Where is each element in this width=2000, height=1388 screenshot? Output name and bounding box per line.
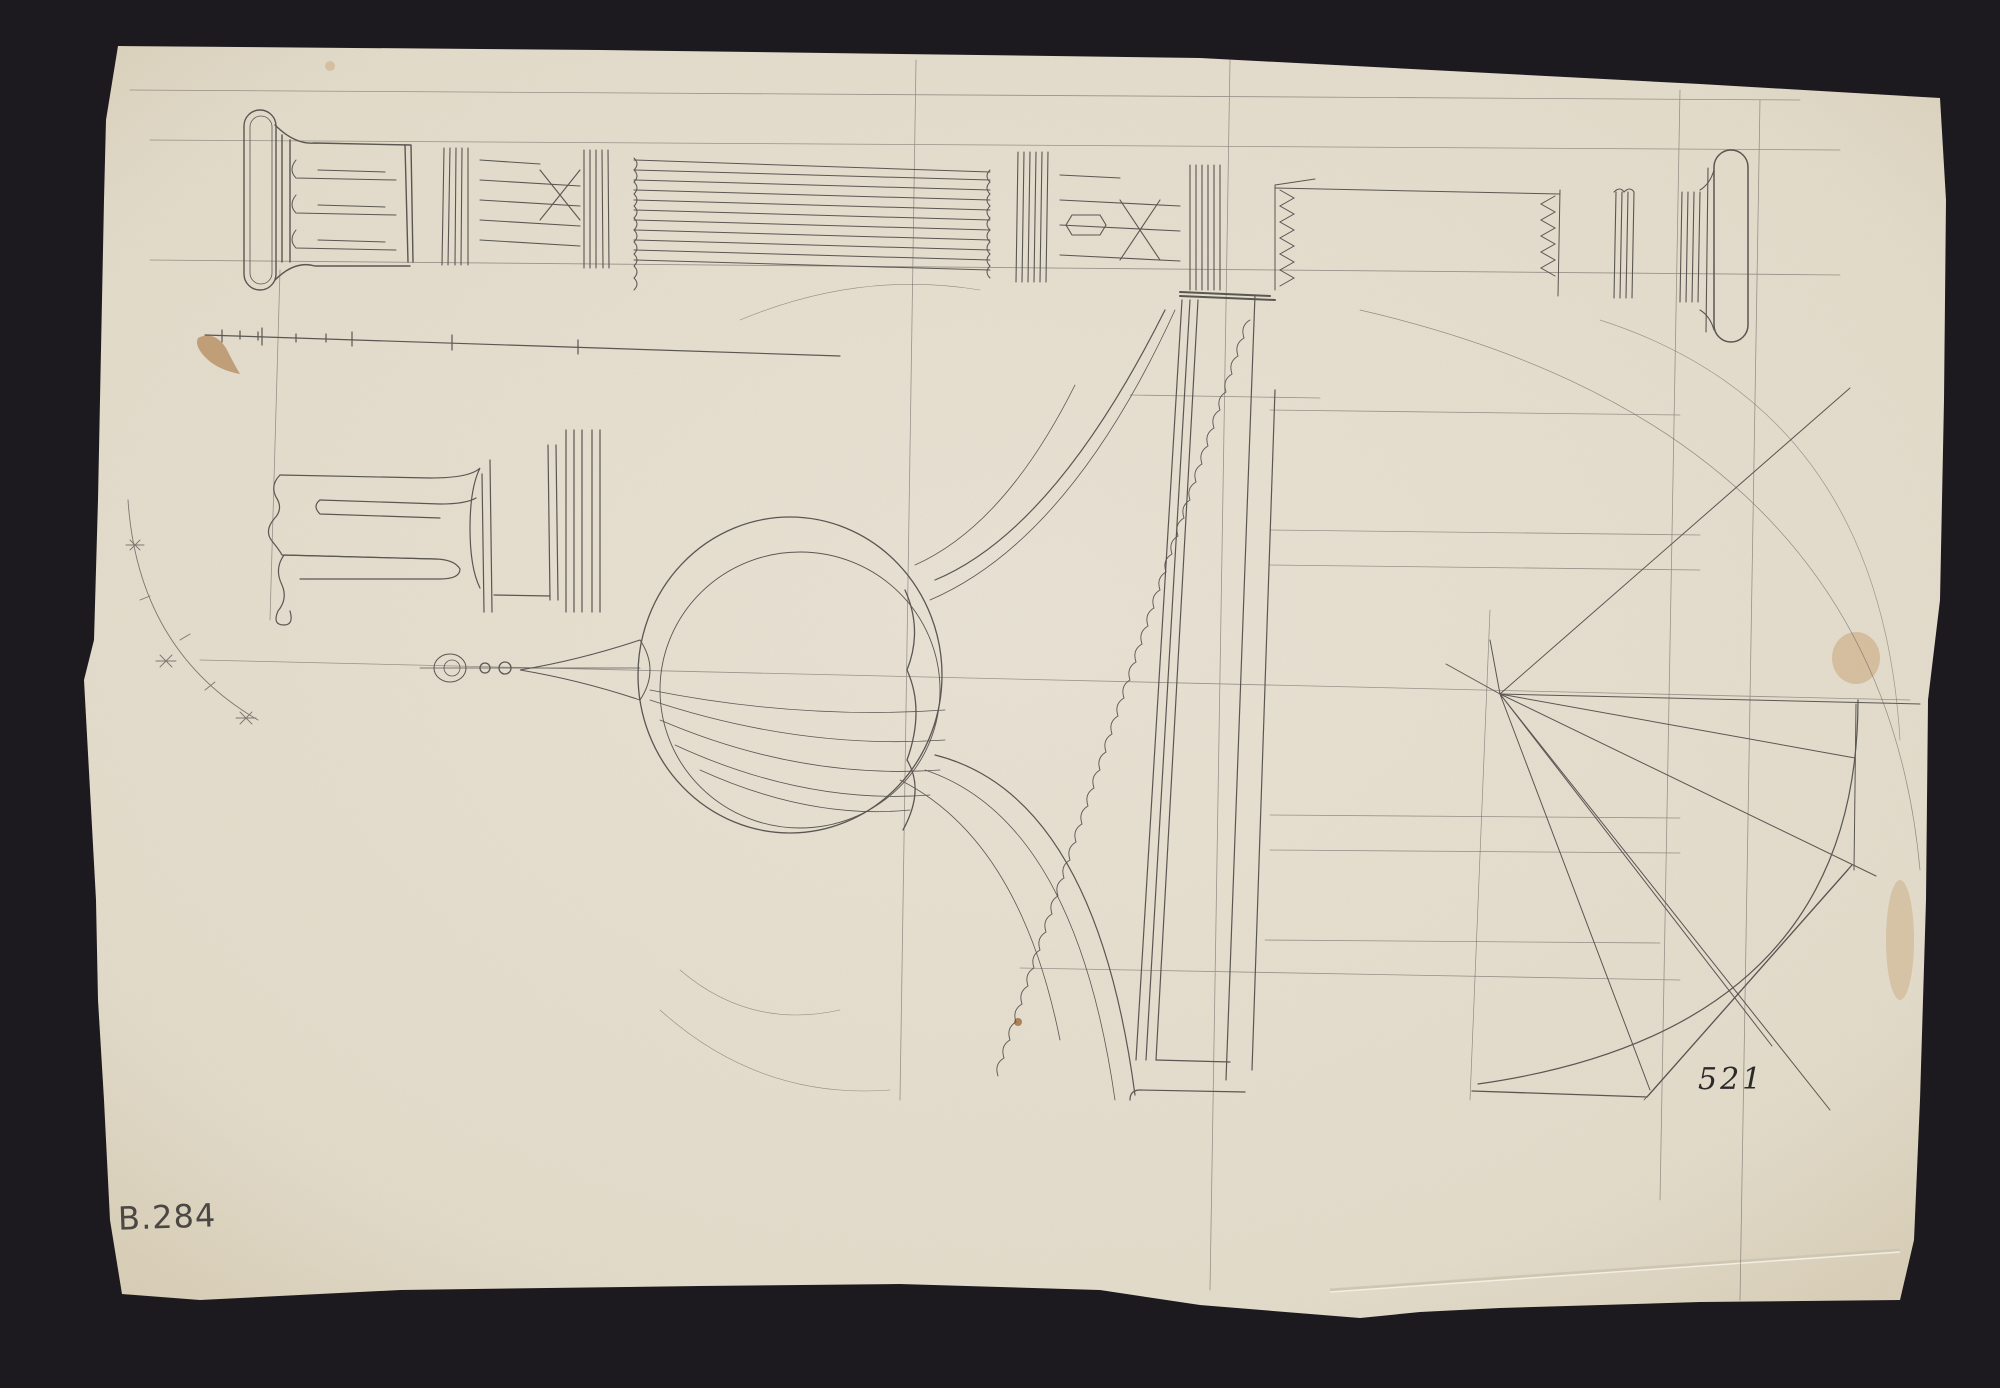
paper-sheet xyxy=(84,46,1946,1318)
drawing-canvas xyxy=(0,0,2000,1388)
scanned-drawing: B.284 521 xyxy=(0,0,2000,1388)
